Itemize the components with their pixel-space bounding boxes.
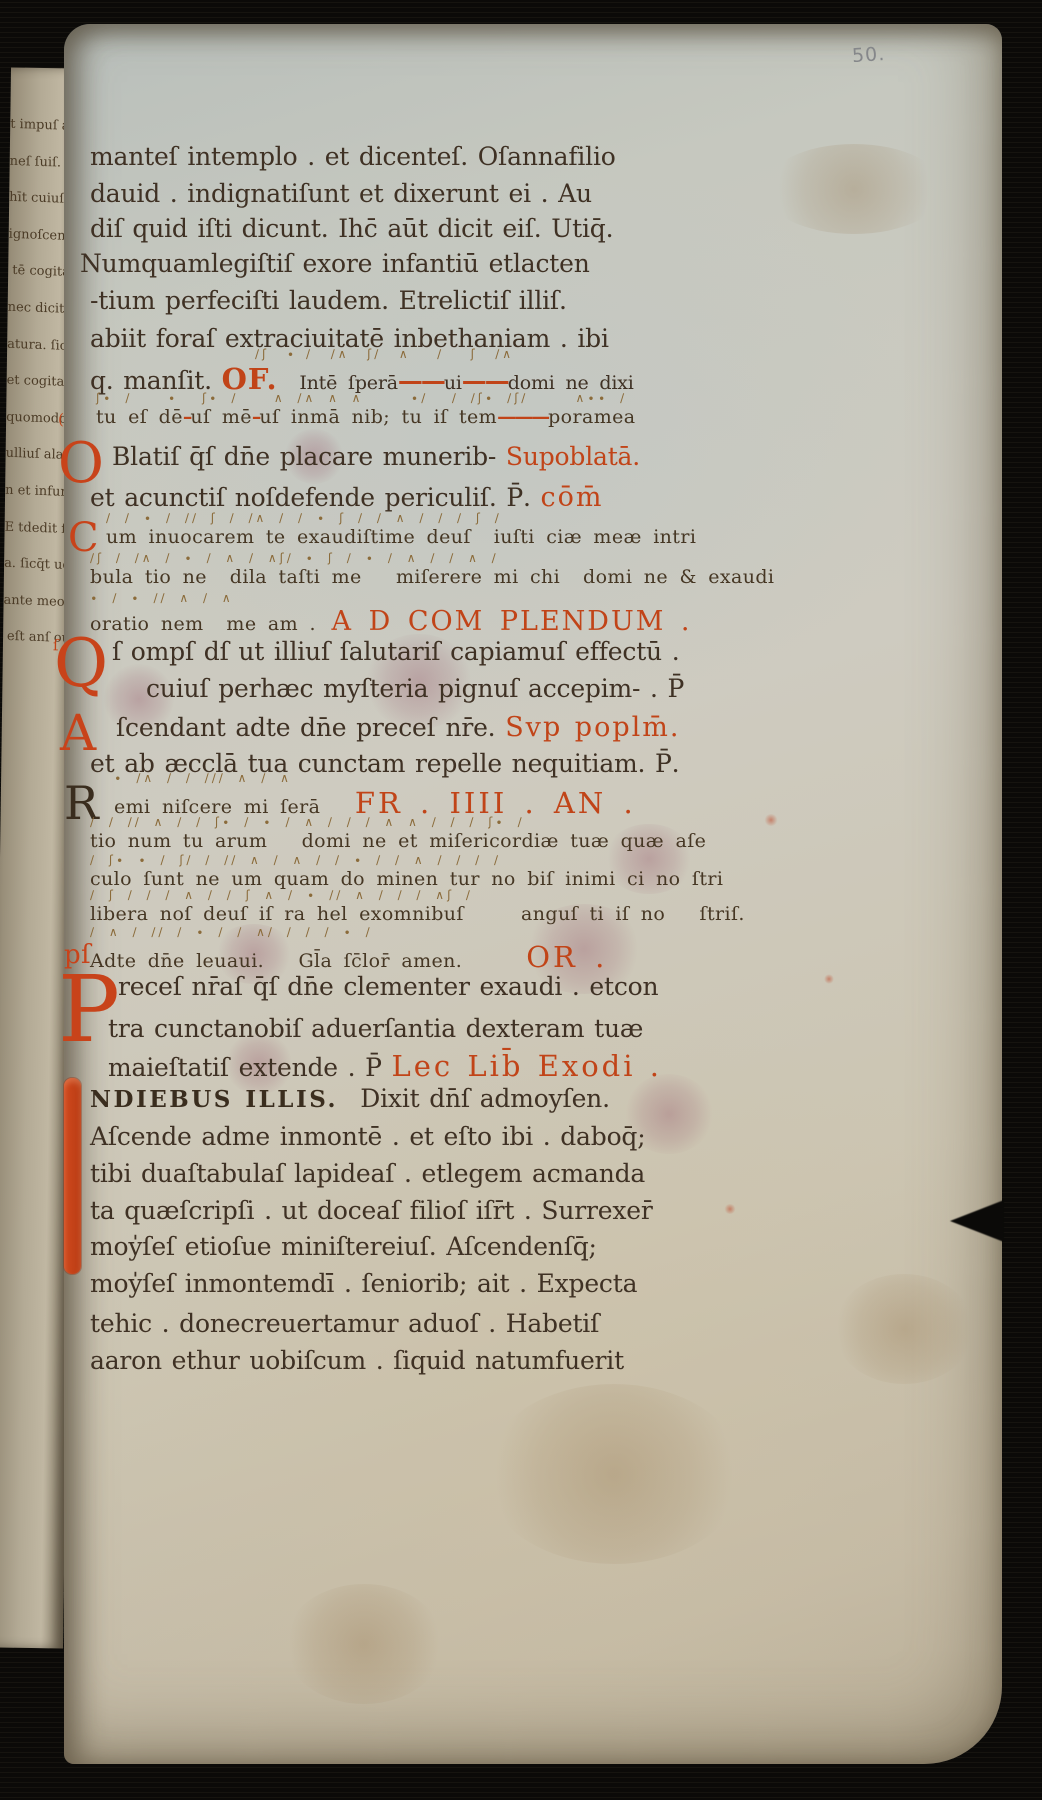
text-line: tehic . donecreuertamur aduoſ . Habetiſ [90, 1309, 675, 1351]
neume-notation: ∙ ∕∧ ∕ ∕ ∕∕∕ ∧ ∕ ∧ [114, 771, 292, 785]
neume-notation: ∕ ʃ∙ ∙ ∕ ʃ∕ ∕ ∕∕ ∧ ∕ ∧ ∕ ∕ ∙ ∕ ∕ ∧ ∕ ∕ ∕… [90, 853, 501, 867]
latin-text: aaron ethur uobiſcum . ſiquid natumfueri… [90, 1346, 624, 1375]
latin-text: Aſcende adme inmontē . et eſto ibi . dab… [90, 1122, 645, 1151]
latin-text: cuiuſ perhæc myſteria pignuſ accepim- . … [146, 674, 684, 703]
text-line: A ſcendant adte dn̄e preceſ nr̄e. Svp po… [90, 712, 675, 754]
fore-edge-notch [950, 1200, 1004, 1242]
latin-text: moy̍ſeſ etioſue miniſtereiuſ. Aſcendenſq… [90, 1232, 597, 1261]
chant-text: Gl̄a ſc̄lor̄ amen. [264, 950, 462, 972]
parchment-stain [834, 1274, 974, 1384]
latin-text: ſ ompſ dſ ut illiuſ ſalutariſ capiamuſ e… [112, 637, 679, 666]
chant-text: oratio nem me am . [90, 613, 316, 635]
latin-text: manteſ intemplo . et dicenteſ. Oſannafil… [90, 142, 616, 171]
latin-text: moy̍ſeſ inmontemdī . ſeniorib; ait . Exp… [90, 1269, 637, 1298]
neume-notation: ∕ ∕ ∙ ∕ ∕∕ ʃ ∕ ∕∧ ∕ ∕ ∙ ʃ ∕ ∕ ∧ ∕ ∕ ∕ ʃ … [106, 511, 502, 525]
neume-notation: ∕ ∧ ∕ ∕∕ ∕ ∙ ∕ ∕ ∧∕ ∕ ∕ ∕ ∙ ∕ [90, 925, 373, 939]
text-line: aaron ethur uobiſcum . ſiquid natumfueri… [90, 1346, 675, 1388]
initial-letter: Q [54, 631, 108, 697]
neume-notation: ∕ʃ ∙ ∕ ∕∧ ʃ∕ ∧ ∕ ʃ ∕∧ [255, 347, 514, 361]
neume-notation: ʃ∙ ∕ ∙ ʃ∙ ∕ ∧ ∕∧ ∧ ∧ ∙∕ ∕ ∕ʃ∙ ∕ʃ∕ ∧∙∙ ∕ [96, 391, 627, 405]
rubric: cōm̄ [541, 482, 604, 513]
neume-notation: ∕ʃ ∕ ∕∧ ∕ ∙ ∕ ∧ ∕ ∧ʃ∕ ∙ ʃ ∕ ∙ ∕ ∧ ∕ ∕ ∧ … [90, 551, 499, 565]
text-line: manteſ intemplo . et dicenteſ. Oſannafil… [90, 142, 675, 184]
parchment-stain [824, 974, 834, 984]
text-line: I NDIEBUS ILLIS. Dixit dn̄ſ admoyſen. [90, 1084, 675, 1126]
manuscript-photo: t impuſ ao neſ ſuiſ. et hīt cuiuſ al ign… [0, 0, 1042, 1800]
latin-text: Numquamlegiſtiſ exore infantiū etlacten [80, 249, 590, 278]
text-line: -tium perfeciſti laudem. Etrelictiſ illi… [90, 286, 675, 328]
latin-text: Blatiſ q̄ſ dn̄e placare munerib- [112, 442, 506, 471]
chant-text: um inuocarem te exaudiſtime deuſ iuſti c… [106, 526, 696, 548]
parchment-stain [764, 144, 944, 234]
latin-text: ſcendant adte dn̄e preceſ nr̄e. [116, 713, 505, 742]
folio-number: 50. [851, 43, 886, 67]
text-line: cuiuſ perhæc myſteria pignuſ accepim- . … [146, 674, 731, 716]
rubric: Svp poplm̄. [505, 712, 680, 743]
chant-text: bula tio ne dila taſti me miſerere mi ch… [90, 566, 774, 588]
text-line: O Blatiſ q̄ſ dn̄e placare munerib- Supob… [90, 442, 675, 484]
chant-text: tu eſ dē [96, 406, 183, 428]
chant-text: uſ inmā nib; tu iſ tem [259, 406, 497, 428]
text-line: P receſ nr̄aſ q̄ſ dn̄e clementer exaudi … [90, 972, 675, 1014]
latin-text: ta quæſcripſi . ut doceaſ filioſ iſr̄t .… [90, 1196, 653, 1225]
chant-text: culo ſunt ne um quam do minen tur no biſ… [90, 868, 723, 890]
neume-notation: ∕ ʃ ∕ ∕ ∕ ∧ ∕ ∕ ʃ ∧ ∕ ∙ ∕∕ ∧ ∕ ∕ ∕ ∧ʃ ∕ [90, 888, 473, 902]
latin-text: et acunctiſ noſdefende periculiſ. P̄. [90, 483, 541, 512]
manuscript-page: 50. manteſ intemplo . et dicenteſ. Oſann… [64, 24, 1002, 1764]
chant-text: poramea [548, 406, 635, 428]
chant-text: libera noſ deuſ iſ ra hel exomnibuſ angu… [90, 903, 745, 925]
latin-text: Dixit dn̄ſ admoyſen. [351, 1084, 610, 1113]
initial-letter: I [64, 1078, 81, 1274]
parchment-stain [284, 1584, 444, 1704]
chant-text: tio num tu arum domi ne et miſericordiæ … [90, 830, 706, 852]
text-line: tibi duaſtabulaſ lapideaſ . etlegem acma… [90, 1159, 675, 1201]
latin-text: dauid . indignatiſunt et dixerunt ei . A… [90, 179, 592, 208]
chant-text: uſ mē [190, 406, 252, 428]
neume-notation: ∕ ∕ ∕∕ ∧ ∕ ∕ ʃ∙ ∕ ∙ ∕ ∧ ∕ ∕ ∕ ∧ ∧ ∕ ∕ ∕ … [90, 815, 525, 829]
latin-text: diſ quid iſti dicunt. Ihc̄ aūt dicit eiſ… [90, 214, 613, 243]
parchment-stain [724, 1204, 736, 1214]
text-line: Q ſ ompſ dſ ut illiuſ ſalutariſ capiamuſ… [90, 637, 675, 679]
rubric: A D COM PLENDUM . [316, 606, 692, 637]
latin-text: receſ nr̄aſ q̄ſ dn̄e clementer exaudi . … [118, 972, 658, 1001]
latin-text: -tium perfeciſti laudem. Etrelictiſ illi… [90, 286, 567, 315]
text-line: Aſcende adme inmontē . et eſto ibi . dab… [90, 1122, 675, 1164]
text-line: moy̍ſeſ etioſue miniſtereiuſ. Aſcendenſq… [90, 1232, 675, 1274]
red-dash: ——— [497, 406, 548, 428]
parchment-stain [764, 814, 778, 826]
neume-notation: ∙ ∕ ∙ ∕∕ ∧ ∕ ∧ [90, 591, 234, 605]
latin-text: tra cunctanobiſ aduerſantia dexteram tuæ [108, 1014, 643, 1043]
latin-text: maieſtatiſ extende . P̄ [108, 1053, 392, 1082]
latin-text: NDIEBUS ILLIS. [90, 1086, 351, 1113]
text-line: Numquamlegiſtiſ exore infantiū etlacten [80, 249, 665, 291]
parchment-stain [484, 1384, 744, 1564]
latin-text: tibi duaſtabulaſ lapideaſ . etlegem acma… [90, 1159, 645, 1188]
text-line: moy̍ſeſ inmontemdī . ſeniorib; ait . Exp… [90, 1269, 675, 1311]
latin-text: tehic . donecreuertamur aduoſ . Habetiſ [90, 1309, 599, 1338]
rubric: Lec Lib̄ Exodi . [392, 1049, 662, 1083]
rubric: OR . [526, 940, 607, 974]
rubric: Supoblatā. [506, 442, 640, 471]
